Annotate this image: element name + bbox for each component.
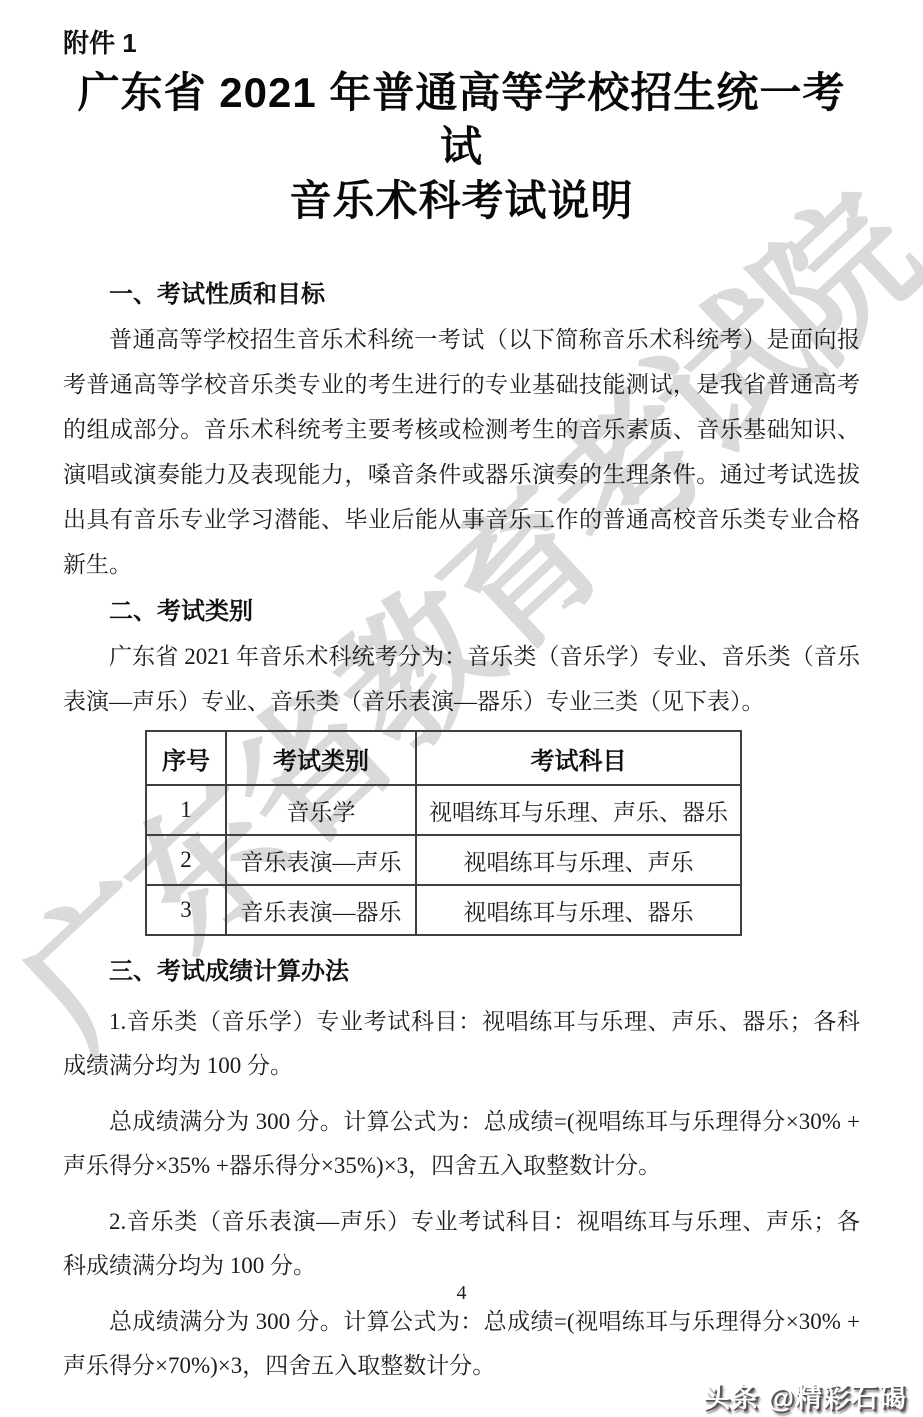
section-2-heading: 二、考试类别 — [63, 589, 860, 634]
footer-watermark: 头条 @精彩石碣 — [703, 1376, 907, 1415]
title-line-1: 广东省 2021 年普通高等学校招生统一考试 — [63, 66, 860, 174]
cell-subjects: 视唱练耳与乐理、声乐、器乐 — [416, 785, 741, 835]
cell-category: 音乐学 — [226, 785, 416, 835]
section-3-paragraph-3: 2.音乐类（音乐表演—声乐）专业考试科目：视唱练耳与乐理、声乐；各科成绩满分均为… — [63, 1200, 860, 1288]
cell-subjects: 视唱练耳与乐理、声乐 — [416, 835, 741, 885]
table-row: 2 音乐表演—声乐 视唱练耳与乐理、声乐 — [146, 835, 741, 885]
section-2-paragraph: 广东省 2021 年音乐术科统考分为：音乐类（音乐学）专业、音乐类（音乐表演—声… — [63, 634, 860, 724]
section-3-paragraph-4: 总成绩满分为 300 分。计算公式为：总成绩=(视唱练耳与乐理得分×30% + … — [63, 1300, 860, 1388]
cell-number: 1 — [146, 785, 226, 835]
table-header-category: 考试类别 — [226, 731, 416, 785]
section-3-heading: 三、考试成绩计算办法 — [63, 949, 860, 994]
section-3-paragraph-1: 1.音乐类（音乐学）专业考试科目：视唱练耳与乐理、声乐、器乐；各科成绩满分均为 … — [63, 1000, 860, 1088]
table-row: 3 音乐表演—器乐 视唱练耳与乐理、器乐 — [146, 885, 741, 935]
exam-category-table: 序号 考试类别 考试科目 1 音乐学 视唱练耳与乐理、声乐、器乐 2 音乐表演—… — [145, 730, 742, 936]
section-1-heading: 一、考试性质和目标 — [63, 272, 860, 317]
section-3-paragraph-2: 总成绩满分为 300 分。计算公式为：总成绩=(视唱练耳与乐理得分×30% + … — [63, 1100, 860, 1188]
attachment-label: 附件 1 — [63, 26, 860, 60]
section-1-paragraph: 普通高等学校招生音乐术科统一考试（以下简称音乐术科统考）是面向报考普通高等学校音… — [63, 317, 860, 587]
cell-category: 音乐表演—声乐 — [226, 835, 416, 885]
table-header-subjects: 考试科目 — [416, 731, 741, 785]
page-number: 4 — [0, 1282, 923, 1305]
document-content: 附件 1 广东省 2021 年普通高等学校招生统一考试 音乐术科考试说明 一、考… — [63, 26, 860, 1388]
cell-subjects: 视唱练耳与乐理、器乐 — [416, 885, 741, 935]
table-header-row: 序号 考试类别 考试科目 — [146, 731, 741, 785]
cell-number: 2 — [146, 835, 226, 885]
title-line-2: 音乐术科考试说明 — [63, 174, 860, 228]
cell-category: 音乐表演—器乐 — [226, 885, 416, 935]
document-title: 广东省 2021 年普通高等学校招生统一考试 音乐术科考试说明 — [63, 66, 860, 228]
document-page: 广东省教育考试院 附件 1 广东省 2021 年普通高等学校招生统一考试 音乐术… — [0, 0, 923, 1417]
table-header-number: 序号 — [146, 731, 226, 785]
cell-number: 3 — [146, 885, 226, 935]
table-row: 1 音乐学 视唱练耳与乐理、声乐、器乐 — [146, 785, 741, 835]
